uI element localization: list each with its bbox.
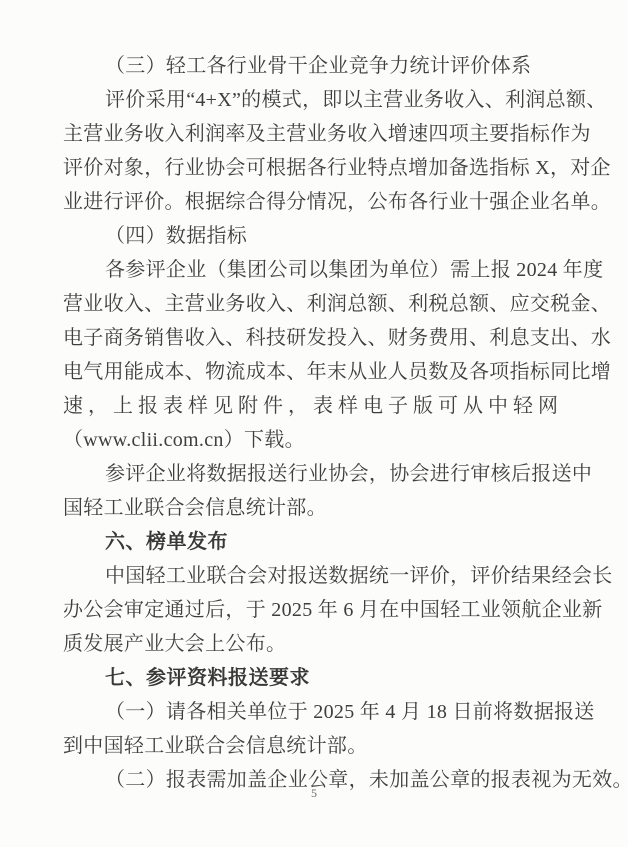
text-line: 电气用能成本、物流成本、年末从业人员数及各项指标同比增: [63, 355, 566, 389]
text-line: （www.clii.com.cn）下载。: [63, 423, 566, 457]
text-line: 业进行评价。根据综合得分情况，公布各行业十强企业名单。: [63, 185, 566, 219]
text-line: 评价采用“4+X”的模式，即以主营业务收入、利润总额、: [63, 83, 566, 117]
text-line: （一）请各相关单位于 2025 年 4 月 18 日前将数据报送: [63, 695, 566, 729]
text-line: 速，上报表样见附件，表样电子版可从中轻网: [63, 389, 566, 423]
text-line: 质发展产业大会上公布。: [63, 627, 566, 661]
text-line: （三）轻工各行业骨干企业竞争力统计评价体系: [63, 49, 566, 83]
text-line: （四）数据指标: [63, 219, 566, 253]
text-line: 营业收入、主营业务收入、利润总额、利税总额、应交税金、: [63, 287, 566, 321]
section-heading-line: 六、榜单发布: [63, 525, 566, 559]
text-line: 到中国轻工业联合会信息统计部。: [63, 729, 566, 763]
document-text-body: （三）轻工各行业骨干企业竞争力统计评价体系评价采用“4+X”的模式，即以主营业务…: [63, 49, 566, 797]
text-line: 电子商务销售收入、科技研发投入、财务费用、利息支出、水: [63, 321, 566, 355]
text-line: 各参评企业（集团公司以集团为单位）需上报 2024 年度: [63, 253, 566, 287]
document-page: （三）轻工各行业骨干企业竞争力统计评价体系评价采用“4+X”的模式，即以主营业务…: [0, 0, 628, 847]
text-line: 参评企业将数据报送行业协会，协会进行审核后报送中: [63, 457, 566, 491]
section-heading-line: 七、参评资料报送要求: [63, 661, 566, 695]
text-line: 办公会审定通过后，于 2025 年 6 月在中国轻工业领航企业新: [63, 593, 566, 627]
text-line: 国轻工业联合会信息统计部。: [63, 491, 566, 525]
text-line: 中国轻工业联合会对报送数据统一评价，评价结果经会长: [63, 559, 566, 593]
text-line: 评价对象，行业协会可根据各行业特点增加备选指标 X，对企: [63, 151, 566, 185]
text-line: 主营业务收入利润率及主营业务收入增速四项主要指标作为: [63, 117, 566, 151]
page-number: 5: [0, 786, 628, 801]
